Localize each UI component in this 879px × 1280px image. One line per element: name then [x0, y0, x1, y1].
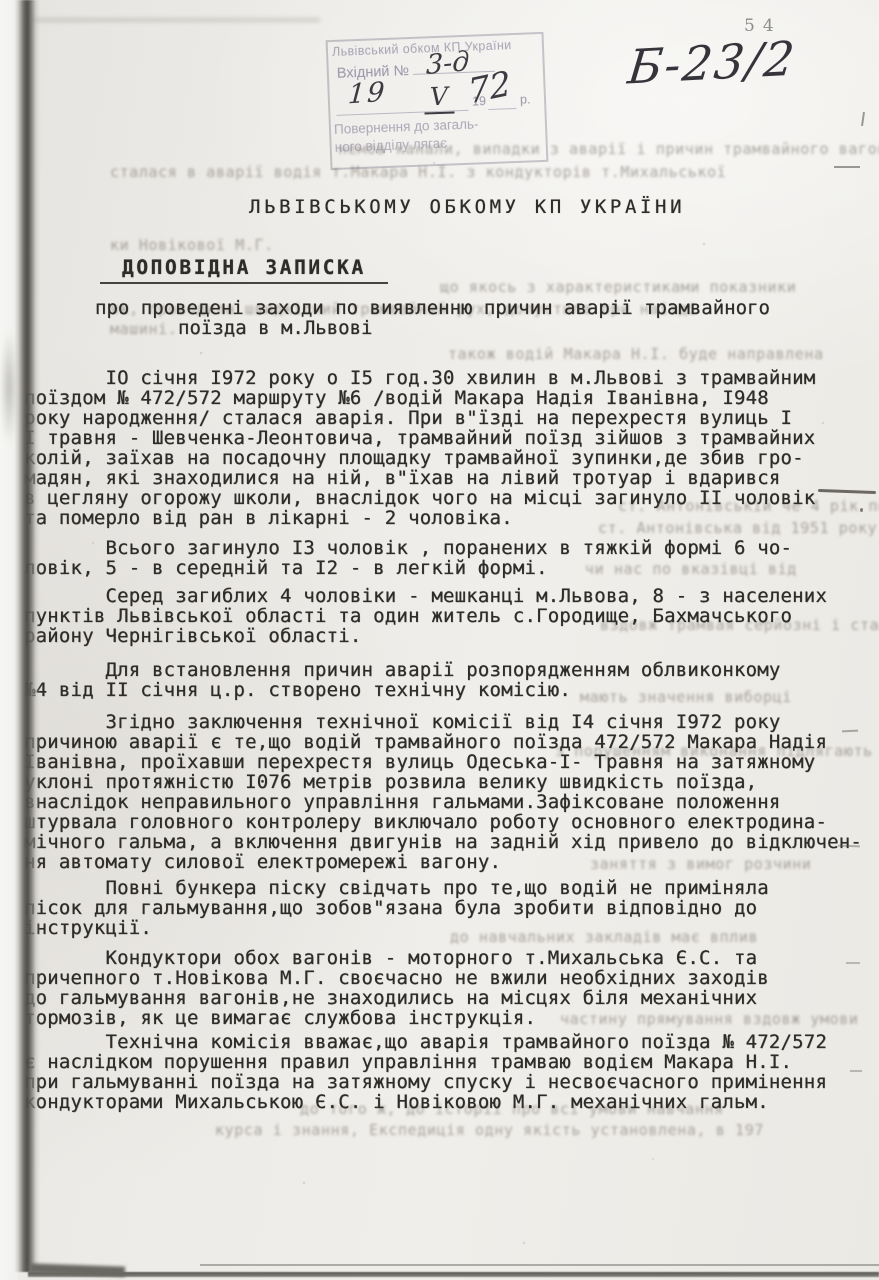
text-line: причепного т.Новікова М.Г. своєчасно не …: [24, 968, 769, 988]
bleedthrough-text: що якось з характеристиками показники: [440, 278, 796, 296]
handwritten-registry-mark: Б-23/2: [625, 31, 799, 95]
addressee-title: ЛЬВІВСЬКОМУ ОБКОМУ КП УКРАЇНИ: [249, 196, 685, 218]
text-line: пісок для гальмування,що зобов"язана бул…: [24, 898, 769, 918]
handwritten-entry-number: 3-д: [426, 46, 470, 81]
text-line: Повні бункера піску свідчать про те,що в…: [24, 878, 769, 898]
text-line: колій, заїхав на посадочну площадку трам…: [24, 448, 815, 468]
paragraph-commission-conclusion: Згідно заключення технічної комісії від …: [24, 712, 862, 872]
text-line: ня автомату силової електромережі вагону…: [24, 852, 862, 872]
handwritten-day: 19: [347, 77, 387, 111]
text-line: в цегляну огорожу школи, внаслідок чого …: [24, 488, 815, 508]
text-line: ІО січня І972 року о І5 год.30 хвилин в …: [24, 368, 815, 388]
ink-dot: [860, 508, 863, 512]
text-line: року народження/ сталася аварія. При в"ї…: [24, 408, 815, 428]
text-line: тормозів, як це вимагає службова інструк…: [24, 1008, 769, 1028]
handwritten-month: V: [423, 81, 454, 114]
margin-dash-mark: [850, 1070, 862, 1072]
paragraph-commission-created: Для встановлення причин аварії розпорядж…: [24, 660, 781, 700]
bleedthrough-text: машині.: [110, 320, 177, 338]
paragraph-accident-description: ІО січня І972 року о І5 год.30 хвилин в …: [24, 368, 815, 528]
text-line: уклоні протяжністю І076 метрів розвила в…: [24, 772, 862, 792]
scan-left-edge-shadow: [14, 0, 40, 1272]
text-line: Іванівна, проїхавши перехрестя вулиць Од…: [24, 752, 862, 772]
margin-dash-mark: [834, 166, 860, 168]
text-line: району Чернігівської області.: [24, 626, 827, 646]
text-line: Кондуктори обох вагонів - моторного т.Ми…: [24, 948, 769, 968]
text-line: є наслідком порушення правил управління …: [24, 1052, 827, 1072]
text-line: мадян, які знаходилися на ній, в"їхав на…: [24, 468, 815, 488]
text-line: штурвала головного контролеру виключало …: [24, 812, 862, 832]
text-line: при гальмуванні поїзда на затяжному спус…: [24, 1072, 827, 1092]
document-type-title: ДОПОВІДНА ЗАПИСКА: [100, 256, 388, 284]
text-line: до гальмування вагонів,не знаходились на…: [24, 988, 769, 1008]
text-line: та померло від ран в лікарні - 2 чоловік…: [24, 508, 815, 528]
stamp-year-suffix: р.: [520, 92, 531, 106]
paragraph-conductors: Кондуктори обох вагонів - моторного т.Ми…: [24, 948, 769, 1028]
text-line: Всього загинуло ІЗ чоловік , поранених в…: [24, 538, 792, 558]
paragraph-sand-bunkers: Повні бункера піску свідчать про те,що в…: [24, 878, 769, 938]
paragraph-final-verdict: Технічна комісія вважає,що аварія трамва…: [24, 1032, 827, 1112]
scan-top-smudge: [30, 18, 320, 22]
text-line: ловік, 5 - в середній та І2 - в легкій ф…: [24, 558, 792, 578]
scan-bottom-edge: [28, 1272, 879, 1277]
text-line: №4 від ІІ січня ц.р. створено технічну к…: [24, 680, 781, 700]
stamp-return-note-line1: Повернення до загаль-: [334, 116, 479, 137]
text-line: внаслідок неправильного управління гальм…: [24, 792, 862, 812]
text-line: мічного гальма, а включення двигунів на …: [24, 832, 862, 852]
pen-underline-mark: [818, 489, 876, 494]
margin-dash-mark: [846, 962, 860, 964]
text-line: І травня - Шевченка-Леонтовича, трамвайн…: [24, 428, 815, 448]
bleedthrough-text: курса і знання, Експедиція одну якість у…: [215, 1121, 764, 1139]
text-line: Згідно заключення технічної комісії від …: [24, 712, 862, 732]
subject-line: поїзда в м.Львові: [178, 317, 372, 339]
text-line: Технічна комісія вважає,що аварія трамва…: [24, 1032, 827, 1052]
bleedthrough-text: також водій Макара Н.І. буде направлена: [448, 345, 824, 363]
text-line: причиною аварії є те,що водій трамвайног…: [24, 732, 862, 752]
text-line: пунктів Львівської області та один жител…: [24, 606, 827, 626]
margin-tick-mark: [861, 112, 865, 126]
stamp-return-note-line2: ного відділу лягає: [334, 136, 447, 155]
text-line: поїздом № 472/572 маршруту №6 /водій Мак…: [24, 388, 815, 408]
text-line: інструкції.: [24, 918, 769, 938]
subject-line: про проведені заходи по виявленню причин…: [95, 297, 770, 319]
stamp-org-name: Львівський обком КП України: [332, 38, 512, 59]
paragraph-victims-origin: Серед загиблих 4 чоловіки - мешканці м.Л…: [24, 586, 827, 646]
text-line: Серед загиблих 4 чоловіки - мешканці м.Л…: [24, 586, 827, 606]
scan-edge-smudge: [1, 330, 17, 445]
text-line: кондукторами Михальською Є.С. і Новіково…: [24, 1092, 827, 1112]
text-line: Для встановлення причин аварії розпорядж…: [24, 660, 781, 680]
bleedthrough-text: ки Новікової М.Г.: [110, 236, 274, 254]
paragraph-casualties-total: Всього загинуло ІЗ чоловік , поранених в…: [24, 538, 792, 578]
scan-bottom-thin-line: [200, 1264, 879, 1266]
scanned-document-page: немов канали, випадки з аварії і причин …: [0, 0, 879, 1280]
